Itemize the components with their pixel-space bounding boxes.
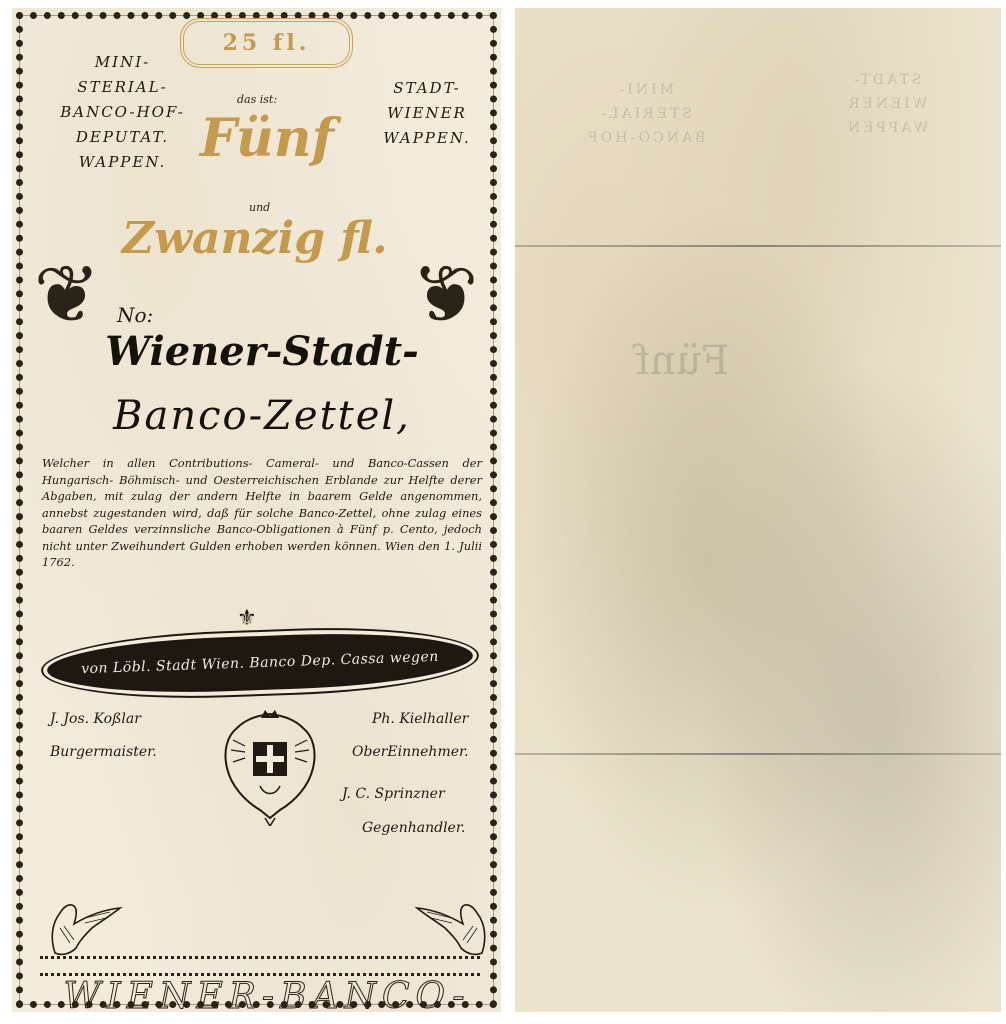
show-through-denomination: Fünf <box>635 338 729 384</box>
caption-line: BANCO-HOF- <box>50 100 195 125</box>
serial-number-mark: No: <box>117 303 153 327</box>
show-through-right-caption: STADT- WIENER WAPPEN <box>845 68 928 140</box>
ghost-line: WAPPEN <box>845 116 928 140</box>
eagle-icon <box>397 888 497 958</box>
denomination-word-funf: Fünf <box>200 108 334 169</box>
fold-line <box>515 245 1001 247</box>
note-title-line1: Wiener-Stadt- <box>82 328 442 375</box>
ministerial-arms-caption: MINI- STERIAL- BANCO-HOF- DEPUTAT. WAPPE… <box>50 50 195 175</box>
ghost-line: BANCO-HOF <box>585 126 705 150</box>
signature-3-title: Gegenhandler. <box>362 820 465 836</box>
fold-line <box>515 753 1001 755</box>
signature-2-name: Ph. Kielhaller <box>372 711 468 727</box>
ghost-line: WIENER <box>845 92 928 116</box>
caption-line: WAPPEN. <box>50 150 195 175</box>
caption-line: WIENER <box>357 101 497 126</box>
denomination-cartouche: 25 fl. <box>180 18 353 68</box>
banner-text: von Löbl. Stadt Wien. Banco Dep. Cassa w… <box>81 649 439 677</box>
caption-line: MINI- <box>50 50 195 75</box>
vienna-coat-of-arms-icon <box>215 706 325 826</box>
ghost-line: STERIAL- <box>585 102 705 126</box>
ribbon-banner: von Löbl. Stadt Wien. Banco Dep. Cassa w… <box>46 629 474 698</box>
note-title-line2: Banco-Zettel, <box>62 393 462 439</box>
ghost-line: MINI- <box>585 78 705 102</box>
signature-3-name: J. C. Sprinzner <box>342 786 445 802</box>
signature-1-title: Burgermaister. <box>50 744 157 760</box>
caption-line: WAPPEN. <box>357 126 497 151</box>
eagle-icon <box>40 888 140 958</box>
caption-line: DEPUTAT. <box>50 125 195 150</box>
caption-line: STERIAL- <box>50 75 195 100</box>
denomination-word-zwanzig: Zwanzig fl. <box>122 213 388 264</box>
show-through-left-caption: MINI- STERIAL- BANCO-HOF <box>585 78 705 150</box>
signature-2-title: OberEinnehmer. <box>352 744 469 760</box>
signature-1-name: J. Jos. Koßlar <box>50 711 141 727</box>
bottom-ornate-lettering: WIENER-BANCO-ZETTEL <box>57 973 477 1013</box>
city-arms-caption: STADT- WIENER WAPPEN. <box>357 76 497 151</box>
cartouche-value: 25 fl. <box>223 30 311 56</box>
crown-ornament-icon: ⚜ <box>237 606 257 631</box>
banknote-back: MINI- STERIAL- BANCO-HOF STADT- WIENER W… <box>515 8 1001 1012</box>
banknote-front: 25 fl. MINI- STERIAL- BANCO-HOF- DEPUTAT… <box>12 8 501 1012</box>
note-body-text: Welcher in allen Contributions- Cameral-… <box>42 455 482 571</box>
das-ist-label: das ist: <box>237 93 277 106</box>
caption-line: STADT- <box>357 76 497 101</box>
ghost-line: STADT- <box>845 68 928 92</box>
